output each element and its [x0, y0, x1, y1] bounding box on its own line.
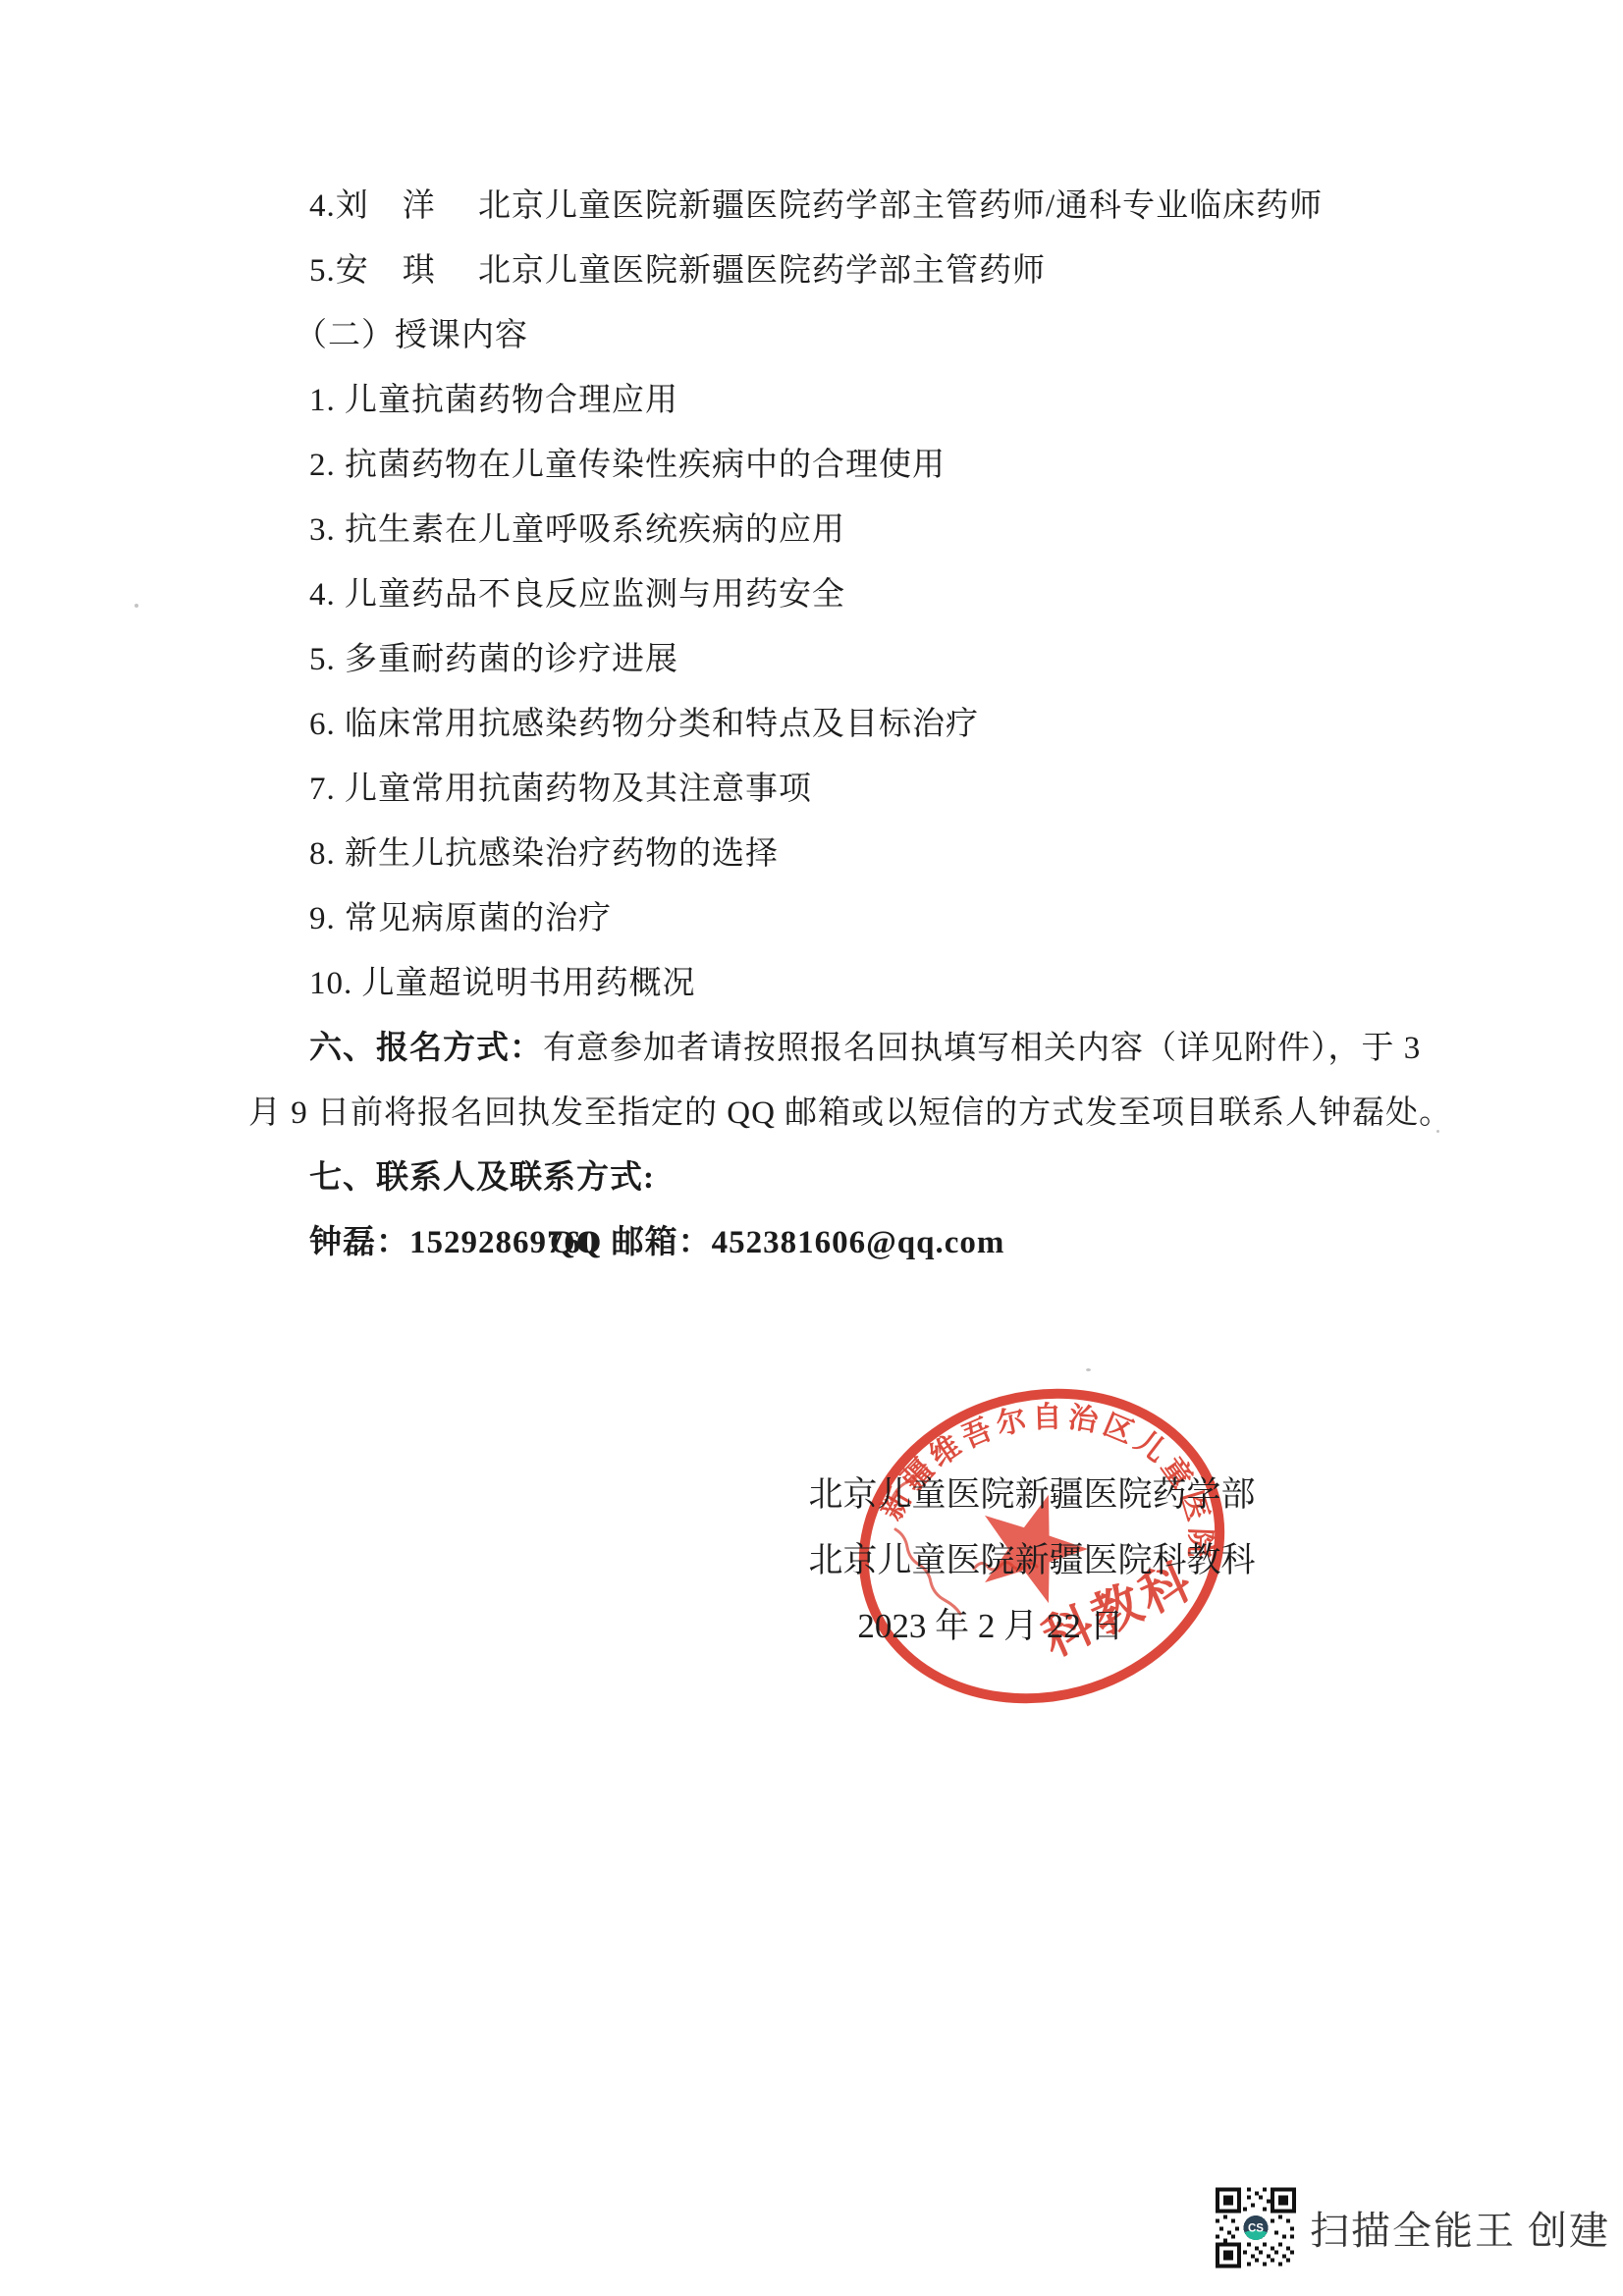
topic-item: 2. 抗菌药物在儿童传染性疾病中的合理使用: [248, 433, 1486, 498]
topic-item: 4. 儿童药品不良反应监测与用药安全: [248, 562, 1486, 627]
faculty-name: 4.刘 洋: [309, 174, 478, 239]
registration-paragraph-line2: 月 9 日前将报名回执发至指定的 QQ 邮箱或以短信的方式发至项目联系人钟磊处。: [248, 1081, 1486, 1146]
cs-logo-text: CS: [1248, 2223, 1264, 2235]
topic-item: 7. 儿童常用抗菌药物及其注意事项: [248, 757, 1486, 822]
document-body: 4.刘 洋 北京儿童医院新疆医院药学部主管药师/通科专业临床药师 5.安 琪 北…: [248, 174, 1486, 1275]
scanned-document-page: 4.刘 洋 北京儿童医院新疆医院药学部主管药师/通科专业临床药师 5.安 琪 北…: [0, 0, 1623, 2296]
faculty-affiliation: 北京儿童医院新疆医院药学部主管药师/通科专业临床药师: [478, 174, 1323, 239]
camscanner-credit-text: 扫描全能王 创建: [1310, 2200, 1610, 2256]
topic-item: 8. 新生儿抗感染治疗药物的选择: [248, 822, 1486, 886]
topic-item: 9. 常见病原菌的治疗: [248, 886, 1486, 951]
registration-heading: 六、报名方式：: [309, 1031, 543, 1066]
scan-speck: [1086, 1368, 1091, 1371]
qr-code: CS: [1216, 2187, 1296, 2269]
faculty-affiliation: 北京儿童医院新疆医院药学部主管药师: [478, 239, 1046, 303]
topic-item: 3. 抗生素在儿童呼吸系统疾病的应用: [248, 498, 1486, 562]
signature-block: 北京儿童医院新疆医院药学部 北京儿童医院新疆医院科教科 2023 年 2 月 2…: [808, 1462, 1256, 1659]
registration-text: 有意参加者请按照报名回执填写相关内容（详见附件），于 3: [543, 1031, 1421, 1066]
topic-item: 6. 临床常用抗感染药物分类和特点及目标治疗: [248, 692, 1486, 757]
signature-org-2: 北京儿童医院新疆医院科教科: [808, 1527, 1256, 1593]
section-heading: （二）授课内容: [248, 303, 1486, 368]
topic-item: 1. 儿童抗菌药物合理应用: [248, 368, 1486, 433]
topic-item: 10. 儿童超说明书用药概况: [248, 951, 1486, 1016]
contact-line: 钟磊：15292869760 QQ 邮箱：452381606@qq.com: [248, 1210, 1486, 1275]
scan-speck: [135, 604, 138, 608]
faculty-name: 5.安 琪: [309, 239, 478, 303]
contact-heading: 七、联系人及联系方式:: [248, 1146, 1486, 1210]
camscanner-footer: CS 扫描全能王 创建: [1216, 2187, 1610, 2269]
contact-qq-email: QQ 邮箱：452381606@qq.com: [550, 1210, 1004, 1275]
camscanner-logo: CS: [1243, 2215, 1270, 2241]
scan-speck: [1436, 1130, 1439, 1133]
signature-date: 2023 年 2 月 22 日: [767, 1593, 1215, 1659]
faculty-item: 5.安 琪 北京儿童医院新疆医院药学部主管药师: [248, 239, 1486, 303]
signature-org-1: 北京儿童医院新疆医院药学部: [808, 1462, 1256, 1527]
topic-item: 5. 多重耐药菌的诊疗进展: [248, 627, 1486, 692]
faculty-item: 4.刘 洋 北京儿童医院新疆医院药学部主管药师/通科专业临床药师: [248, 174, 1486, 239]
registration-paragraph-line1: 六、报名方式：有意参加者请按照报名回执填写相关内容（详见附件），于 3: [248, 1016, 1486, 1081]
